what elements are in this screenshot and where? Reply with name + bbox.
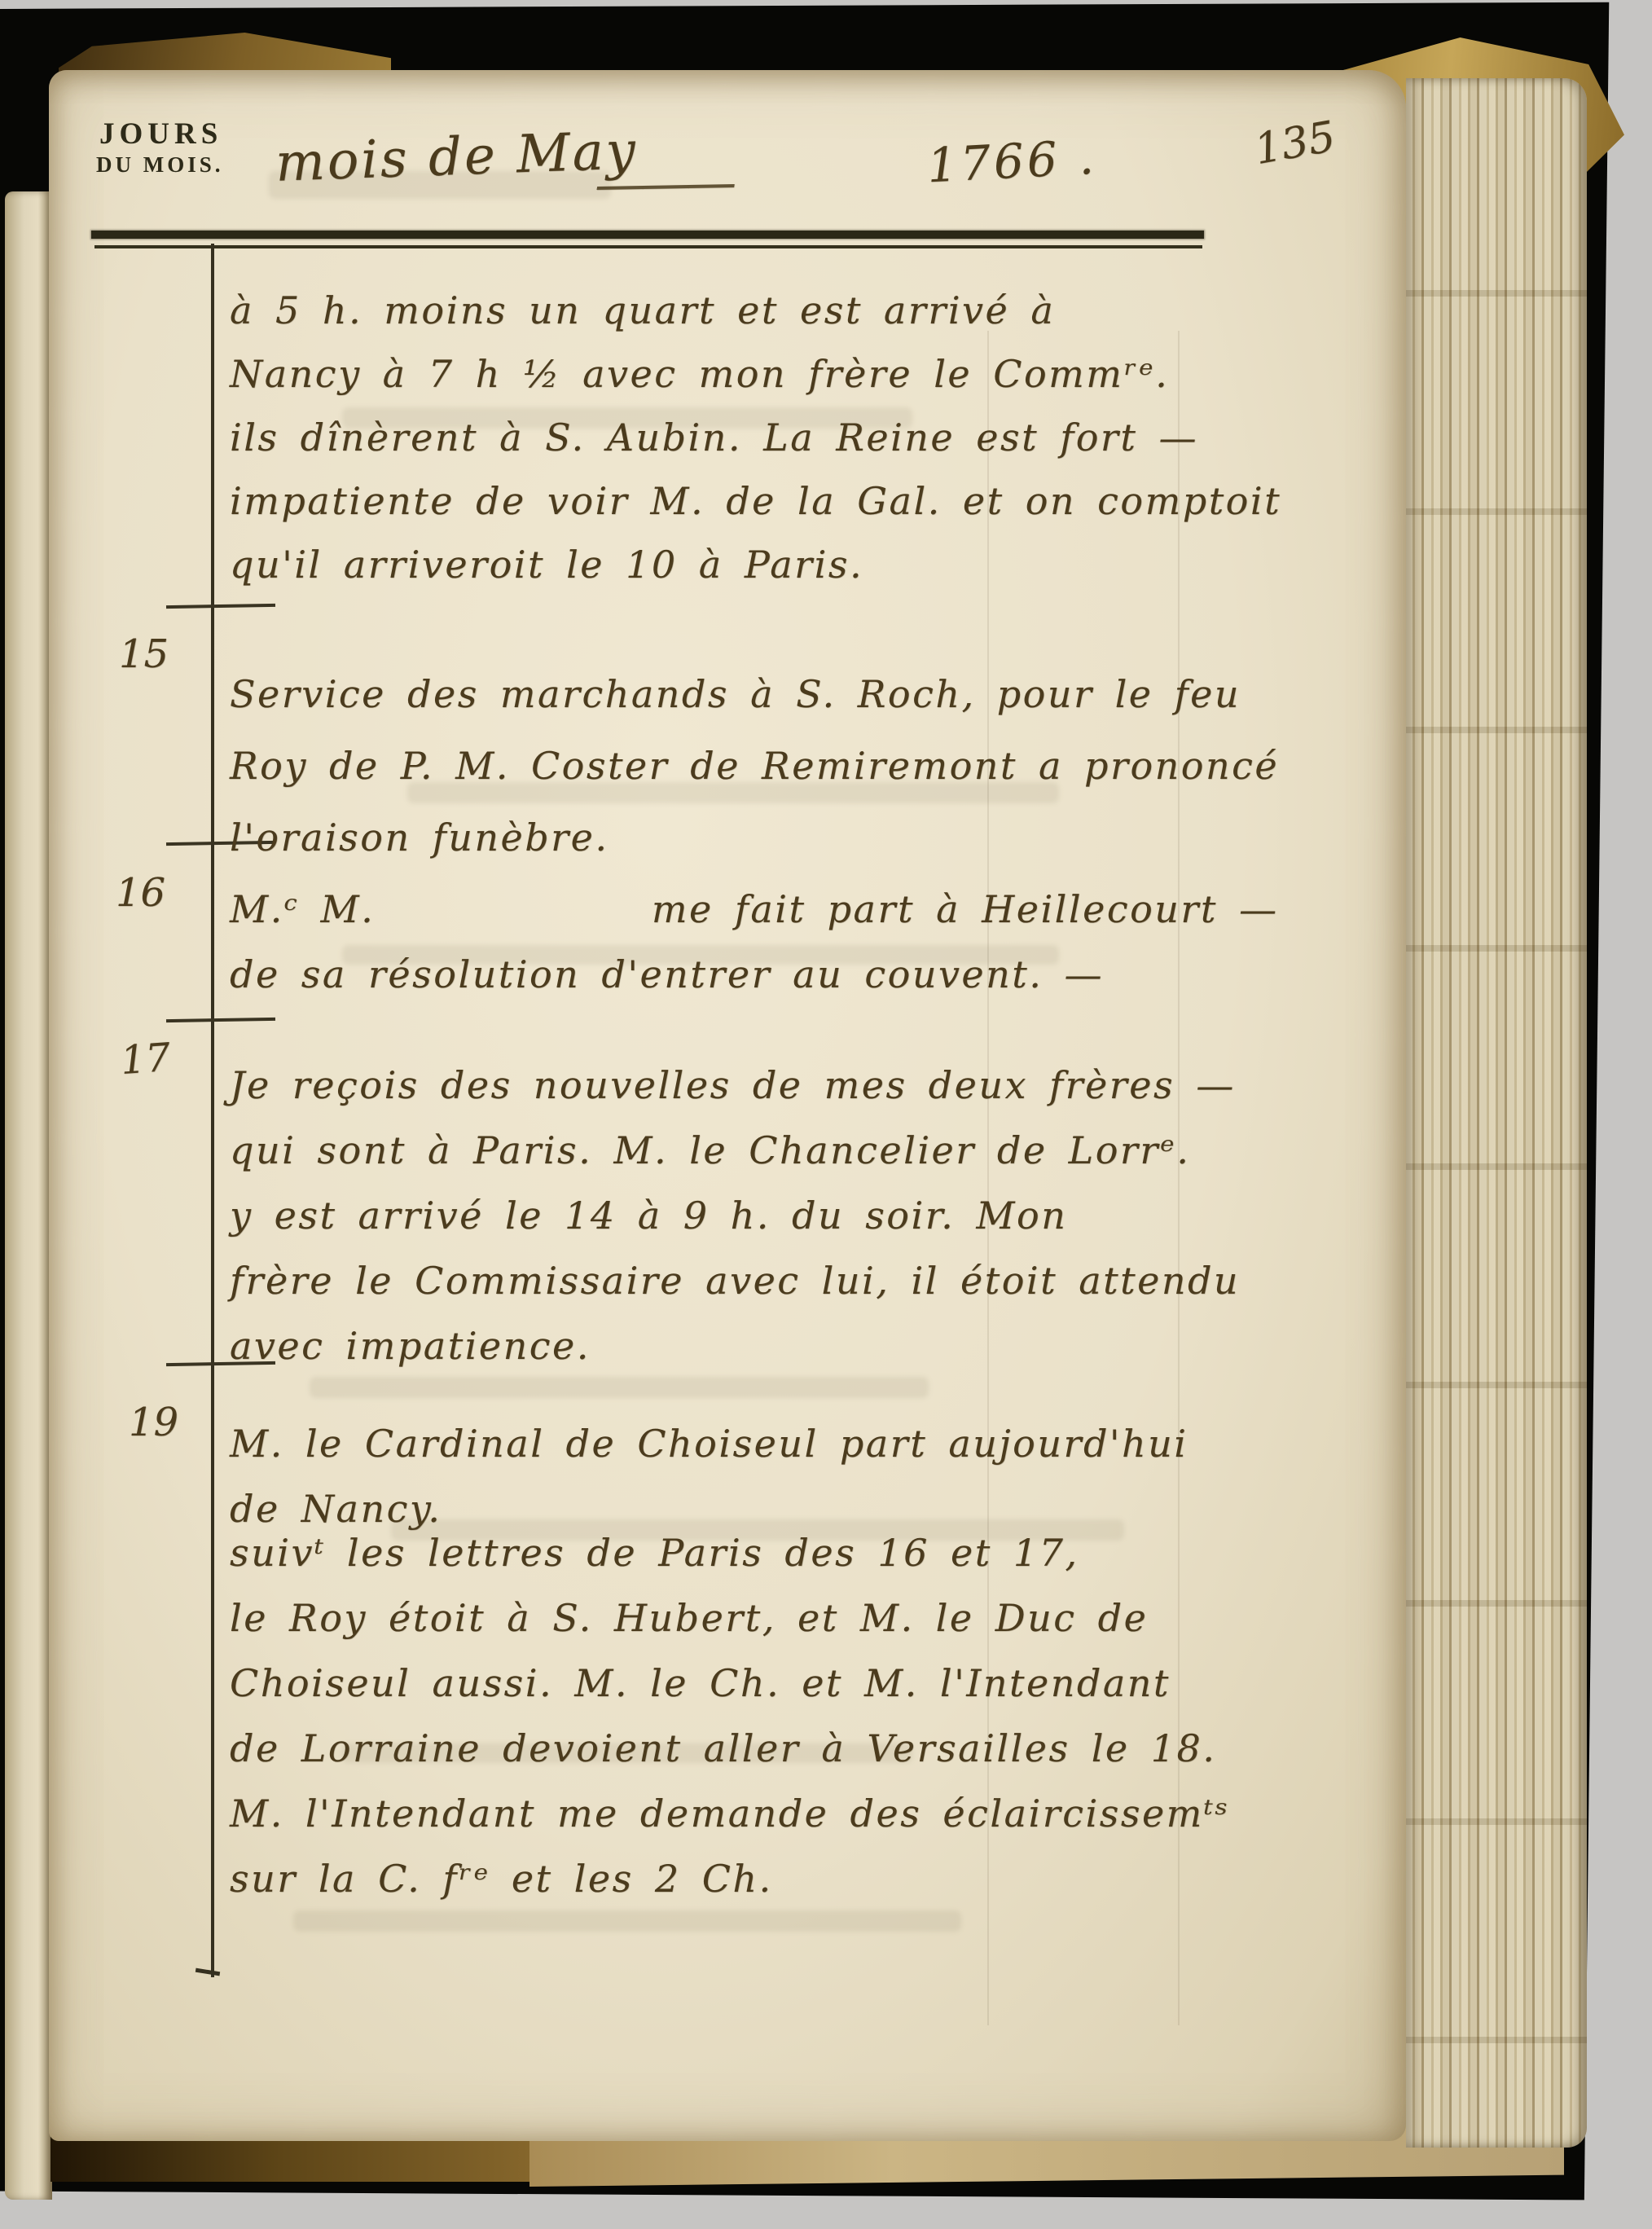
entry-line: suivᵗ les lettres de Paris des 16 et 17, xyxy=(230,1520,1411,1585)
header-rule-thin xyxy=(94,245,1202,248)
entry-16: M.ᶜ M. me fait part à Heillecourt — de s… xyxy=(230,877,1411,1007)
day-number-15: 15 xyxy=(119,631,169,677)
entry-line: M. l'Intendant me demande des éclairciss… xyxy=(230,1781,1411,1846)
entry-line: y est arrivé le 14 à 9 h. du soir. Mon xyxy=(230,1183,1411,1248)
previous-page-edge xyxy=(5,191,52,2200)
entry-line: Choiseul aussi. M. le Ch. et M. l'Intend… xyxy=(230,1651,1411,1716)
entry-line: qu'il arriveroit le 10 à Paris. xyxy=(230,533,1411,596)
header-rule-thick xyxy=(91,231,1204,239)
manuscript-scan: JOURS DU MOIS. mois de May ——— 1766 . 13… xyxy=(0,0,1652,2229)
ghost-smudge xyxy=(310,1377,929,1398)
entry-line: sur la C. fʳᵉ et les 2 Ch. xyxy=(230,1846,1411,1911)
entry-17: Je reçois des nouvelles de mes deux frèr… xyxy=(230,1053,1411,1378)
printed-header-jours: JOURS xyxy=(99,119,222,151)
year: 1766 . xyxy=(925,130,1098,194)
entry-continuation: à 5 h. moins un quart et est arrivé à Na… xyxy=(230,279,1411,596)
entry-line: de sa résolution d'entrer au couvent. — xyxy=(230,942,1411,1007)
entry-line: le Roy étoit à S. Hubert, et M. le Duc d… xyxy=(230,1585,1411,1651)
month-title: mois de May xyxy=(275,121,639,193)
entry-line: avec impatience. xyxy=(230,1313,1411,1378)
entry-line: de Lorraine devoient aller à Versailles … xyxy=(230,1716,1411,1781)
header-dash: ——— xyxy=(594,152,732,214)
ghost-smudge xyxy=(293,1910,961,1932)
entry-line: qui sont à Paris. M. le Chancelier de Lo… xyxy=(230,1118,1411,1183)
entry-line: Nancy à 7 h ½ avec mon frère le Commʳᵉ. xyxy=(230,342,1411,406)
day-number-16: 16 xyxy=(116,870,165,916)
entry-line: Je reçois des nouvelles de mes deux frèr… xyxy=(230,1053,1411,1118)
entry-line: M. le Cardinal de Choiseul part aujourd'… xyxy=(230,1411,1411,1476)
margin-vertical-rule xyxy=(211,244,214,1977)
day-number-19: 19 xyxy=(129,1400,178,1445)
entry-line: Roy de P. M. Coster de Remiremont a pron… xyxy=(230,730,1411,802)
day-number-17: 17 xyxy=(119,1035,172,1084)
entry-line: M.ᶜ M. me fait part à Heillecourt — xyxy=(230,877,1411,942)
entry-line: l'oraison funèbre. xyxy=(230,802,1411,873)
entry-line: Service des marchands à S. Roch, pour le… xyxy=(230,658,1411,730)
entry-line: frère le Commissaire avec lui, il étoit … xyxy=(230,1248,1411,1313)
page-edge-stack xyxy=(1406,78,1587,2148)
entry-line: ils dînèrent à S. Aubin. La Reine est fo… xyxy=(230,406,1411,469)
entry-19-continued: suivᵗ les lettres de Paris des 16 et 17,… xyxy=(230,1520,1411,1911)
entry-15: Service des marchands à S. Roch, pour le… xyxy=(230,658,1411,873)
entry-line: à 5 h. moins un quart et est arrivé à xyxy=(230,279,1411,342)
entry-line: impatiente de voir M. de la Gal. et on c… xyxy=(230,469,1411,533)
printed-header-du-mois: DU MOIS. xyxy=(96,153,224,176)
